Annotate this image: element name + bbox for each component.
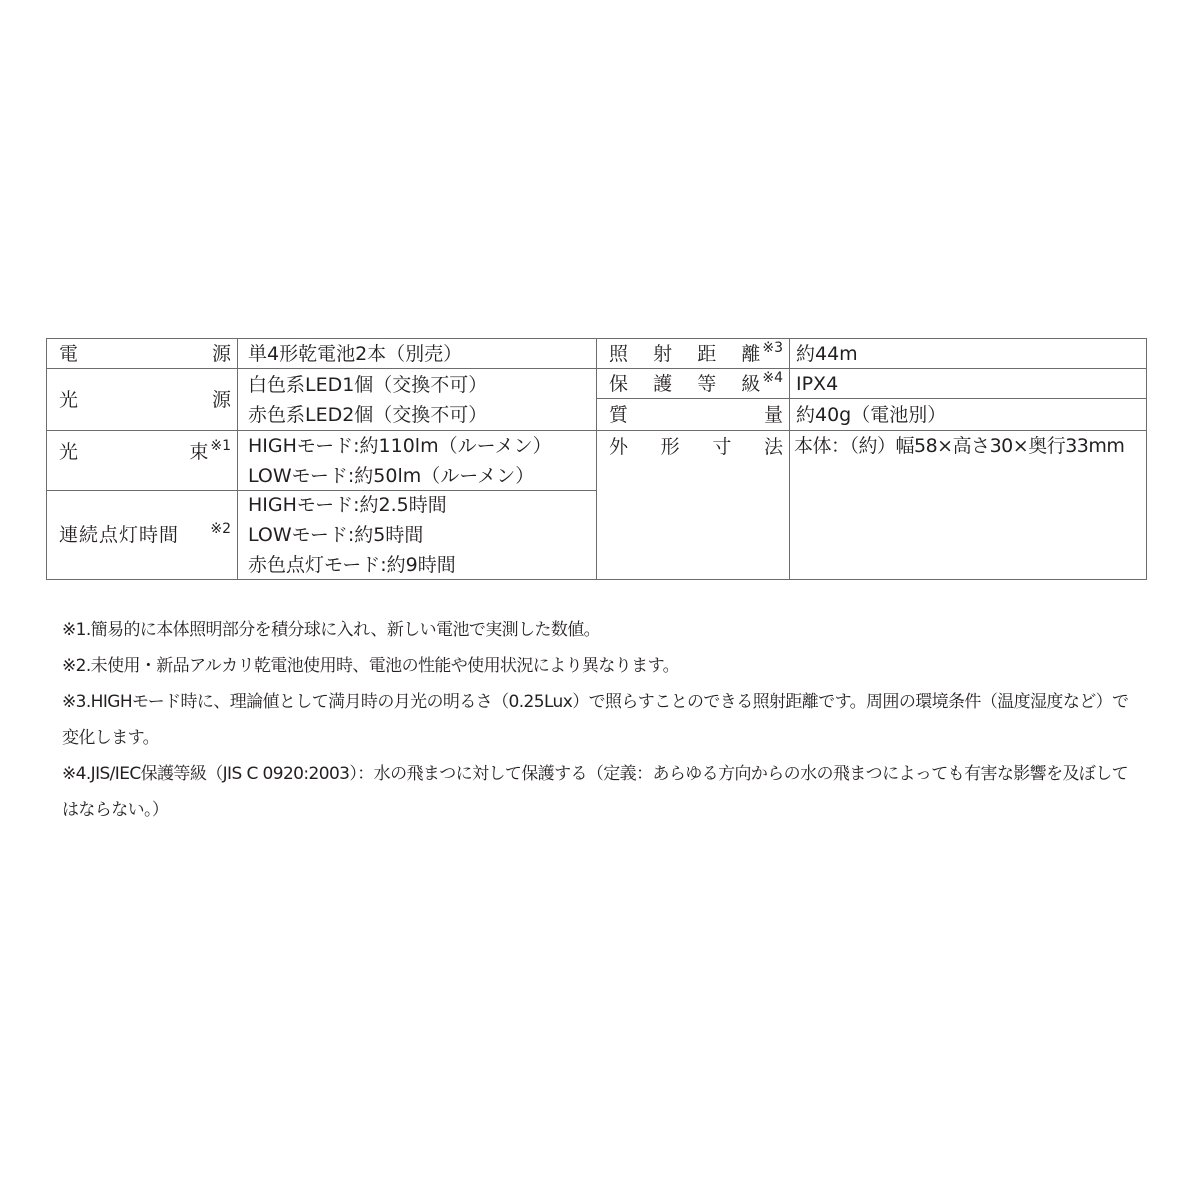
spec-label-power: 電 源 xyxy=(47,339,237,369)
label-char: 量 xyxy=(764,400,783,430)
spec-value-runtime: HIGHモード:約2.5時間 LOWモード:約5時間 赤色点灯モード:約9時間 xyxy=(238,491,596,579)
label-char: 照 xyxy=(609,339,628,369)
footnote-marker: ※2 xyxy=(210,514,231,544)
footnote-marker: ※4 xyxy=(762,363,783,393)
label-char: 連続点灯時間 xyxy=(59,520,179,550)
value-line: HIGHモード:約2.5時間 xyxy=(248,490,596,520)
footnote-marker: ※1 xyxy=(210,431,231,461)
label-char: 光 xyxy=(59,385,78,415)
spec-table: 電 源 単4形乾電池2本（別売） 光 源 白色系LED1個（交換不可） 赤色系L… xyxy=(46,338,1147,580)
label-char: 護 xyxy=(653,369,672,399)
label-char: 級 xyxy=(741,369,760,399)
spec-label-runtime: 連続点灯時間 ※2 xyxy=(47,491,237,579)
label-char: 源 xyxy=(212,339,231,369)
spec-label-beam-distance: 照 射 距 離 ※3 xyxy=(597,339,789,369)
footnotes: ※1.簡易的に本体照明部分を積分球に入れ、新しい電池で実測した数値。 ※2.未使… xyxy=(62,612,1142,828)
spec-value-weight: 約40g（電池別） xyxy=(790,399,1146,430)
label-char: 質 xyxy=(609,400,628,430)
value-line: 赤色系LED2個（交換不可） xyxy=(248,400,596,430)
label-char: 束 xyxy=(189,437,208,467)
spec-value-luminous-flux: HIGHモード:約110lm（ルーメン） LOWモード:約50lm（ルーメン） xyxy=(238,431,596,490)
value-line: 本体：（約）幅58×高さ30×奥行33mm xyxy=(794,431,1146,461)
value-line: IPX4 xyxy=(796,369,1146,399)
spec-label-luminous-flux: 光 束 ※1 xyxy=(47,431,237,490)
label-char: 保 xyxy=(609,369,628,399)
label-char: 離 xyxy=(741,339,760,369)
label-char: 外 xyxy=(609,432,628,462)
footnote-2: ※2.未使用・新品アルカリ乾電池使用時、電池の性能や使用状況により異なります。 xyxy=(62,648,1142,684)
spec-label-protection: 保 護 等 級 ※4 xyxy=(597,369,789,399)
value-line: LOWモード:約50lm（ルーメン） xyxy=(248,461,596,491)
spec-value-beam-distance: 約44m xyxy=(790,339,1146,369)
label-char: 光 xyxy=(59,437,78,467)
label-char: 等 xyxy=(697,369,716,399)
spec-value-light-source: 白色系LED1個（交換不可） 赤色系LED2個（交換不可） xyxy=(238,369,596,430)
label-char: 形 xyxy=(661,432,680,462)
label-char: 源 xyxy=(212,385,231,415)
label-char: 射 xyxy=(653,339,672,369)
spec-label-weight: 質 量 xyxy=(597,399,789,430)
footnote-marker: ※3 xyxy=(762,333,783,363)
spec-value-dimensions: 本体：（約）幅58×高さ30×奥行33mm xyxy=(790,431,1146,579)
spec-value-protection: IPX4 xyxy=(790,369,1146,399)
spec-value-power: 単4形乾電池2本（別売） xyxy=(238,339,596,369)
value-line: 約44m xyxy=(796,339,1146,369)
value-line: 単4形乾電池2本（別売） xyxy=(248,339,596,369)
spec-label-dimensions: 外 形 寸 法 xyxy=(597,431,789,579)
footnote-3: ※3.HIGHモード時に、理論値として満月時の月光の明るさ（0.25Lux）で照… xyxy=(62,684,1142,756)
value-line: 赤色点灯モード:約9時間 xyxy=(248,550,596,580)
footnote-1: ※1.簡易的に本体照明部分を積分球に入れ、新しい電池で実測した数値。 xyxy=(62,612,1142,648)
value-line: 白色系LED1個（交換不可） xyxy=(248,370,596,400)
label-char: 寸 xyxy=(712,432,731,462)
label-char: 距 xyxy=(697,339,716,369)
label-char: 法 xyxy=(764,432,783,462)
footnote-4: ※4.JIS/IEC保護等級（JIS C 0920:2003）：水の飛まつに対し… xyxy=(62,756,1142,828)
value-line: LOWモード:約5時間 xyxy=(248,520,596,550)
value-line: 約40g（電池別） xyxy=(796,400,1146,430)
value-line: HIGHモード:約110lm（ルーメン） xyxy=(248,431,596,461)
label-char: 電 xyxy=(59,339,78,369)
spec-label-light-source: 光 源 xyxy=(47,369,237,430)
